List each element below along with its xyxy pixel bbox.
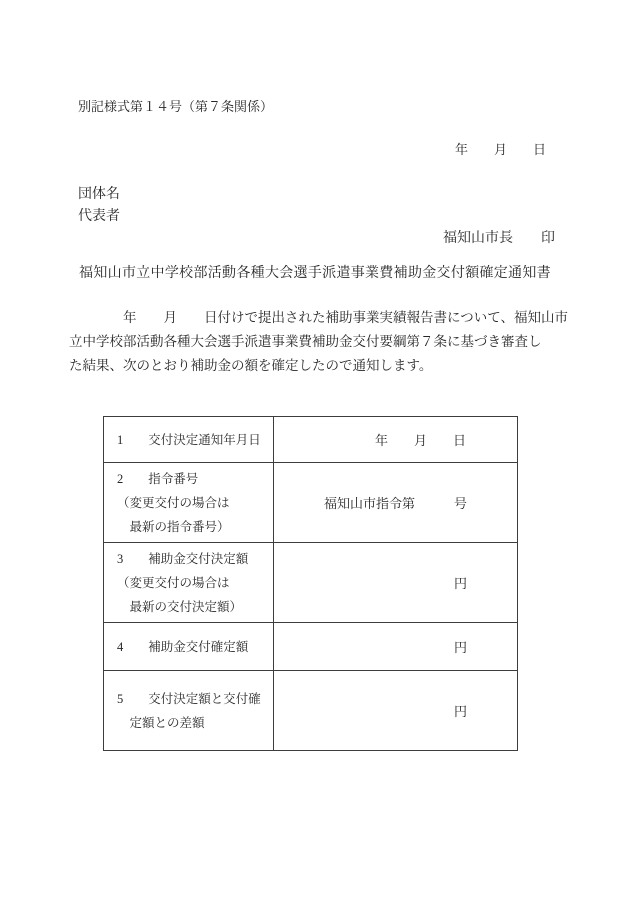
label-line: 2 指令番号 [117,467,269,491]
table-row: 2 指令番号（変更交付の場合は 最新の指令番号） 福知山市指令第 号 [104,463,518,543]
body-paragraph: 年 月 日付けで提出された補助事業実績報告書について、福知山市立中学校部活動各種… [69,306,574,378]
table-row: 1 交付決定通知年月日 年 月 日 [104,417,518,463]
label-line: 1 交付決定通知年月日 [117,428,269,452]
label-line: 5 交付決定額と交付確 [117,687,269,711]
row-value-cell: 円 [274,671,518,751]
label-line: 3 補助金交付決定額 [117,547,269,571]
document-page: 別記様式第１４号（第７条関係） 年 月 日 団体名 代表者 福知山市長 印 福知… [0,0,630,903]
table-row: 3 補助金交付決定額（変更交付の場合は 最新の交付決定額） 円 [104,543,518,623]
confirmation-table-body: 1 交付決定通知年月日 年 月 日 2 指令番号（変更交付の場合は 最新の指令番… [104,417,518,751]
representative-label: 代表者 [78,205,120,225]
row-label-cell: 2 指令番号（変更交付の場合は 最新の指令番号） [104,463,274,543]
date-blank-line: 年 月 日 [455,139,546,158]
row-label-cell: 1 交付決定通知年月日 [104,417,274,463]
text-line: た結果、次のとおり補助金の額を確定したので通知します。 [69,354,574,378]
organization-name-label: 団体名 [78,183,120,203]
confirmation-table: 1 交付決定通知年月日 年 月 日 2 指令番号（変更交付の場合は 最新の指令番… [103,416,518,751]
label-line: 4 補助金交付確定額 [117,635,269,659]
text-line: 年 月 日付けで提出された補助事業実績報告書について、福知山市 [69,306,574,330]
row-value-cell: 円 [274,543,518,623]
row-value-cell: 円 [274,623,518,671]
label-line: （変更交付の場合は [117,571,269,595]
row-value-cell: 年 月 日 [274,417,518,463]
label-line: 最新の指令番号） [117,515,269,539]
form-number-line: 別記様式第１４号（第７条関係） [78,96,273,115]
document-title: 福知山市立中学校部活動各種大会選手派遣事業費補助金交付額確定通知書 [0,262,630,282]
label-line: （変更交付の場合は [117,491,269,515]
label-line: 最新の交付決定額） [117,595,269,619]
row-value-cell: 福知山市指令第 号 [274,463,518,543]
text-line: 立中学校部活動各種大会選手派遣事業費補助金交付要綱第７条に基づき審査し [69,330,574,354]
table-row: 5 交付決定額と交付確 定額との差額 円 [104,671,518,751]
row-label-cell: 3 補助金交付決定額（変更交付の場合は 最新の交付決定額） [104,543,274,623]
row-label-cell: 4 補助金交付確定額 [104,623,274,671]
issuer-signature-line: 福知山市長 印 [443,227,555,247]
label-line: 定額との差額 [117,711,269,735]
table-row: 4 補助金交付確定額 円 [104,623,518,671]
row-label-cell: 5 交付決定額と交付確 定額との差額 [104,671,274,751]
